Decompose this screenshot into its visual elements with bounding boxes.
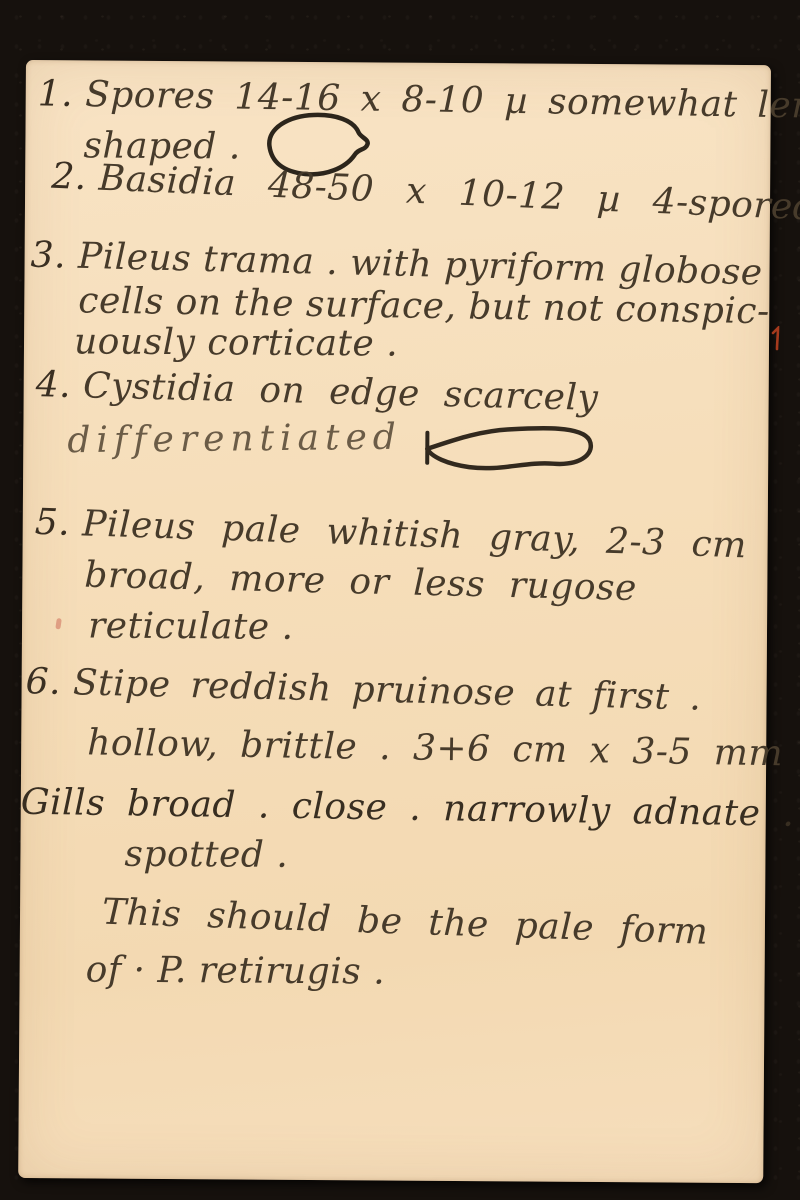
note-item-3-line-3: uously corticate .: [74, 322, 398, 364]
item-2-number: 2.: [51, 156, 88, 198]
note-item-2-line-1: 2.Basidia 48-50 x 10-12 µ 4-spored.: [51, 157, 800, 229]
pink-edge-speck: [55, 618, 62, 630]
red-number-mark: [770, 326, 784, 352]
note-item-5-line-3: reticulate .: [88, 606, 294, 647]
note-card: 1.Spores 14-16 x 8-10 µ somewhat lemon. …: [18, 60, 771, 1183]
note-item-5-line-2: broad, more or less rugose: [84, 556, 637, 609]
item-6-number: 6.: [25, 661, 61, 703]
note-item-4-line-1: 4.Cystidia on edge scarcely: [35, 365, 599, 418]
cystidium-sketch: [417, 419, 601, 482]
gills-line-1: Gills broad . close . narrowly adnate .: [21, 783, 795, 835]
item-3-number: 3.: [30, 235, 66, 277]
conclusion-line-2: of · P. retirugis .: [86, 950, 386, 992]
note-item-6-line-1: 6.Stipe reddish pruinose at first .: [25, 662, 702, 718]
item-1-number: 1.: [37, 73, 73, 115]
conclusion-line-1: This should be the pale form: [101, 893, 708, 953]
note-item-1-line-1: 1.Spores 14-16 x 8-10 µ somewhat lemon.: [37, 74, 800, 127]
gills-line-2: spotted .: [124, 835, 288, 876]
note-item-4-line-2: differentiated: [67, 418, 402, 461]
item-5-number: 5.: [34, 502, 71, 544]
item-4-number: 4.: [35, 364, 71, 406]
note-item-6-line-2: hollow, brittle . 3+6 cm x 3-5 mm: [87, 723, 783, 774]
photo-of-note-card: 1.Spores 14-16 x 8-10 µ somewhat lemon. …: [0, 0, 800, 1200]
